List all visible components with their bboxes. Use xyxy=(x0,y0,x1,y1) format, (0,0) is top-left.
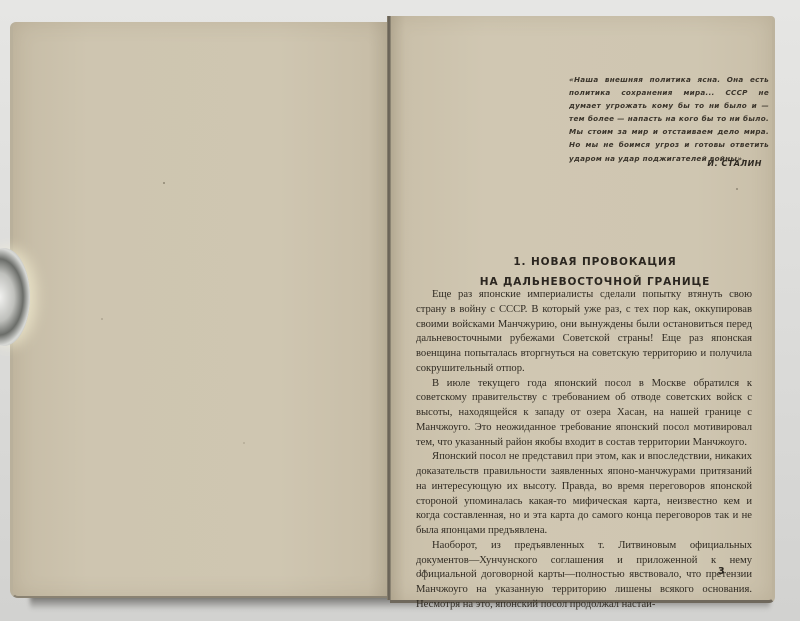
printer-signature-mark: 1* xyxy=(418,568,427,578)
epigraph-quote: «Наша внешняя политика ясна. Она есть по… xyxy=(569,73,769,165)
paper-speck xyxy=(736,188,738,190)
page-number: 3 xyxy=(718,566,725,577)
paragraph: Наоборот, из предъявленных т. Литвиновым… xyxy=(416,539,752,613)
chapter-body: Еще раз японские империалисты сделали по… xyxy=(416,288,752,613)
epigraph-author: И. СТАЛИН xyxy=(690,159,762,168)
paper-speck xyxy=(101,318,103,320)
paper-speck xyxy=(243,442,245,444)
chapter-title-line-1: 1. НОВАЯ ПРОВОКАЦИЯ xyxy=(420,252,770,272)
chapter-heading: 1. НОВАЯ ПРОВОКАЦИЯ НА ДАЛЬНЕВОСТОЧНОЙ Г… xyxy=(420,252,770,292)
paragraph: В июле текущего года японский посол в Мо… xyxy=(416,377,752,451)
left-page xyxy=(10,22,391,598)
paragraph: Еще раз японские империалисты сделали по… xyxy=(416,288,752,377)
paper-speck xyxy=(163,182,165,184)
book-spine-gutter xyxy=(387,16,391,600)
paragraph: Японский посол не представил при этом, к… xyxy=(416,450,752,539)
